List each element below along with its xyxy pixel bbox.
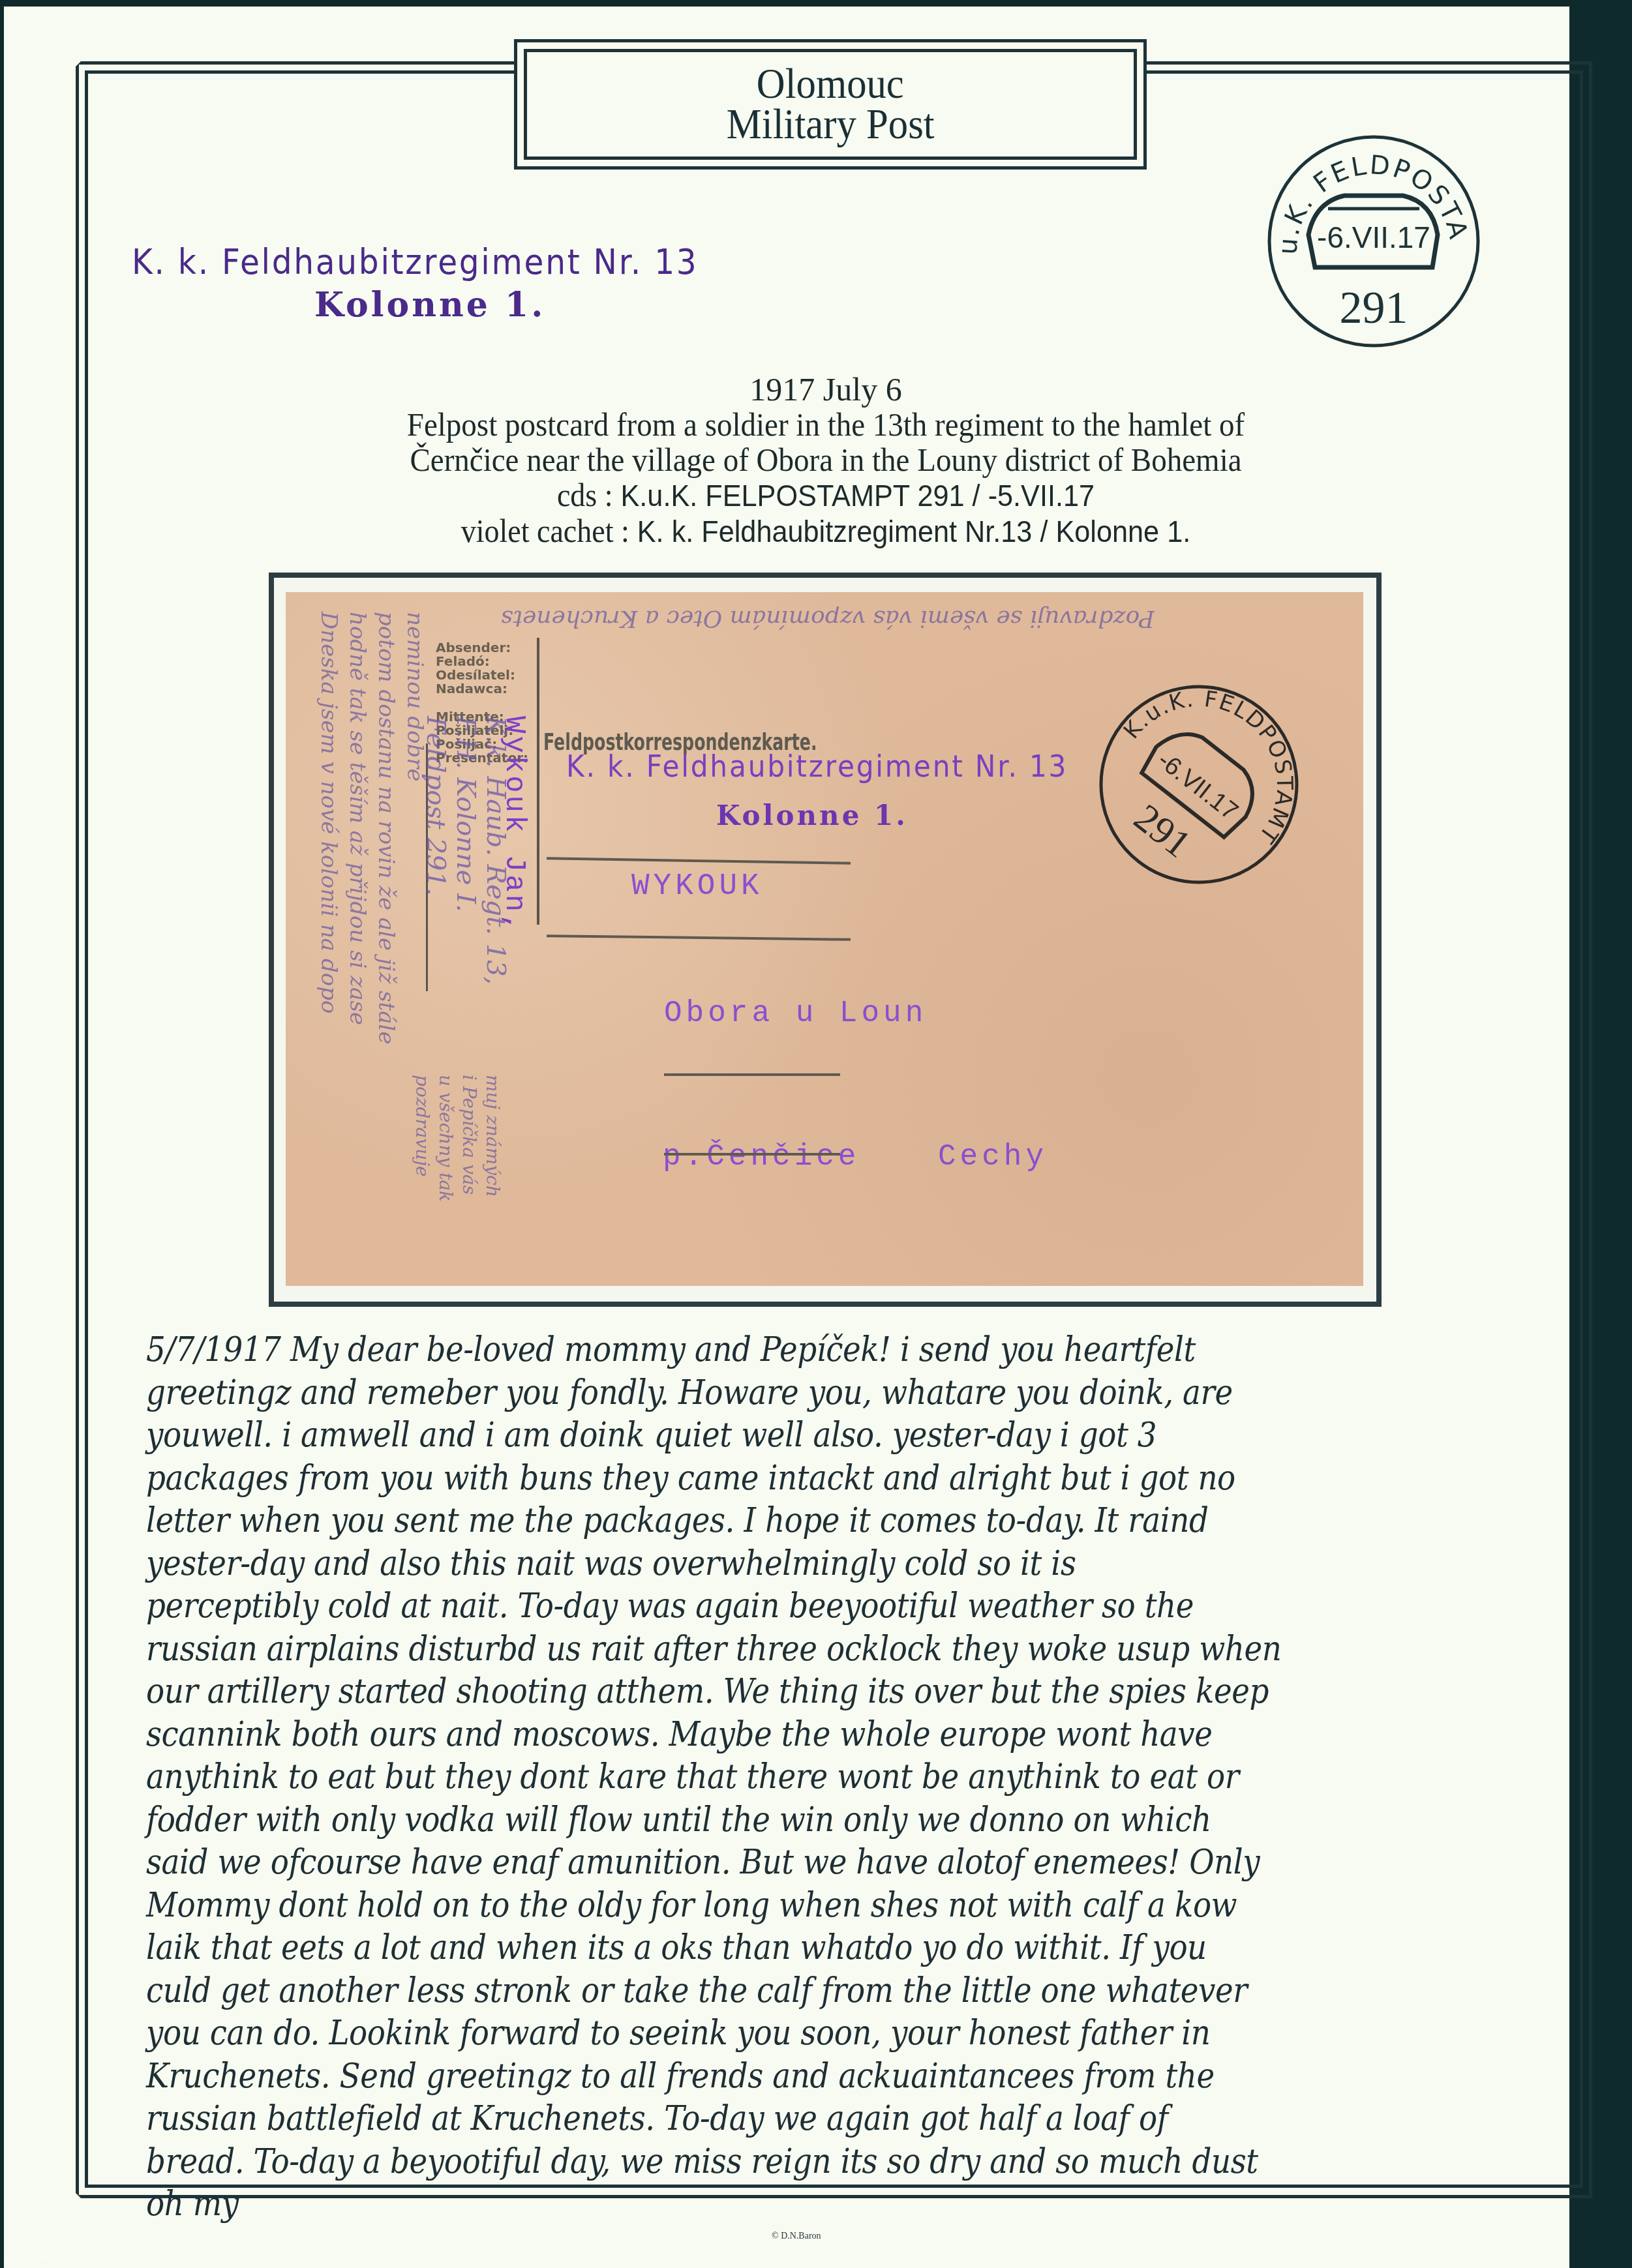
postcard-mount: Pozdravuji se všemi vás vzpomínám Otec a… [269, 573, 1382, 1307]
sender-label: Nadawca: [436, 682, 528, 696]
transcription-line: oh my [146, 2183, 1373, 2226]
bottom-hand-line: i Pepíčka vás [457, 1075, 481, 1202]
transcription-line: said we ofcourse have enaf amunition. Bu… [146, 1842, 1373, 1885]
item-caption: 1917 July 6 Felpost postcard from a sold… [278, 372, 1374, 549]
transcription-line: fodder with only vodka will flow until t… [146, 1799, 1373, 1842]
transcription-line: laik that eets a lot and when its a oks … [146, 1927, 1373, 1970]
caption-date: 1917 July 6 [278, 372, 1374, 407]
title-box-inner: Olomouc Military Post [524, 49, 1137, 160]
top-handwriting: Pozdravuji se všemi vás vzpomínám Otec a… [501, 605, 1155, 632]
sender-hand-line: K.k. Haub. Regt. 13, [481, 716, 511, 985]
caption-description-line: Felpost postcard from a soldier in the 1… [310, 407, 1340, 442]
transcription-line: 5/7/1917 My dear be-loved mommy and Pepí… [146, 1329, 1373, 1372]
sender-hand-line: Feldpost 291. [421, 716, 451, 985]
address-rule [664, 1073, 840, 1076]
transcription-line: perceptibly cold at nait. To-day was aga… [146, 1585, 1373, 1628]
caption-description-line: Černčice near the village of Obora in th… [310, 442, 1340, 477]
transcription-line: russian battlefield at Kruchenets. To-da… [146, 2098, 1373, 2141]
address-country: Cechy [938, 1140, 1048, 1174]
caption-cachet-value: K. k. Feldhaubitzregiment Nr.13 / Kolonn… [637, 514, 1190, 548]
caption-cachet-label: violet cachet : [461, 513, 629, 549]
transcription-line: Mommy dont hold on to the oldy for long … [146, 1885, 1373, 1928]
transcription-line: culd get another less stronk or take the… [146, 1970, 1373, 2013]
transcription-line: scannink both ours and moscows. Maybe th… [146, 1714, 1373, 1757]
margin-hand-line: hodně tak se těším až přijdou si zase [343, 612, 372, 1264]
transcription-line: russian airplains disturbd us rait after… [146, 1628, 1373, 1671]
title-box: Olomouc Military Post [514, 39, 1147, 170]
card-postmark-number: 291 [1126, 796, 1200, 865]
transcription-line: you can do. Lookink forward to seeink yo… [146, 2012, 1373, 2055]
cachet-regiment-line: K. k. Feldhaubitzregiment Nr. 13 [132, 241, 778, 282]
transcription-line: anythink to eat but they dont kare that … [146, 1756, 1373, 1799]
bottom-hand-line: pozdravuje [410, 1075, 434, 1202]
regiment-cachet: K. k. Feldhaubitzregiment Nr. 13 Kolonne… [132, 241, 849, 325]
address-rule [547, 934, 851, 941]
transcription-line: our artillery started shooting atthem. W… [146, 1671, 1373, 1714]
bottom-hand-line: u všechny tak [434, 1075, 457, 1202]
address-post-office: p.Čenčice [663, 1140, 860, 1174]
caption-cds-label: cds : [557, 477, 613, 513]
transcription-line: greetingz and remeber you fondly. Howare… [146, 1372, 1373, 1415]
transcription-line: Kruchenets. Send greetingz to all frends… [146, 2055, 1373, 2098]
postcard: Pozdravuji se všemi vás vzpomínám Otec a… [286, 592, 1363, 1286]
caption-cachet: violet cachet : K. k. Feldhaubitzregimen… [322, 513, 1330, 549]
sender-hand-line: F.H. Kolonne I. [451, 716, 481, 985]
bottom-hand-line: muj známých [481, 1075, 504, 1202]
card-cachet-regiment: K. k. Feldhaubitzregiment Nr. 13 [566, 749, 1068, 784]
card-cachet-kolonne: Kolonne 1. [716, 799, 908, 831]
big-stamp-date: -6.VII.17 [1317, 220, 1430, 254]
transcription-line: packages from you with buns they came in… [146, 1457, 1373, 1500]
letter-transcription: 5/7/1917 My dear be-loved mommy and Pepí… [146, 1329, 1509, 2226]
divider-rule [537, 638, 539, 925]
sender-handwritten: K.k. Haub. Regt. 13, F.H. Kolonne I. Fel… [421, 716, 511, 985]
address-rule [547, 857, 851, 864]
address-rule [664, 1153, 840, 1156]
bottom-handwriting: muj známých i Pepíčka vás u všechny tak … [410, 1075, 504, 1202]
transcription-line: youwell. i amwell and i am doink quiet w… [146, 1414, 1373, 1457]
page-title: Olomouc [757, 64, 904, 104]
feldpostamt-postmark-icon: K.u.K. FELDPOSTAMT -6.VII.17 291 [1263, 130, 1485, 352]
big-stamp-number: 291 [1340, 283, 1408, 333]
sender-label: Absender: [436, 641, 528, 655]
card-postmark-icon: K.u.K. FELDPOSTAMT -6.VII.17 291 [1091, 677, 1307, 892]
sender-label: Feladó: [436, 655, 528, 668]
sender-label: Odesílatel: [436, 668, 528, 682]
transcription-line: letter when you sent me the packages. I … [146, 1500, 1373, 1543]
watermark: Derek Baron [5, 2253, 57, 2263]
address-name: WYKOUK [631, 869, 763, 903]
margin-hand-line: Dneska jsem v nové kolonii na dopo [314, 612, 343, 1264]
album-page: Olomouc Military Post K.u.K. FELDPOSTAMT… [4, 7, 1569, 2268]
transcription-line: yester-day and also this nait was overwh… [146, 1543, 1373, 1586]
copyright: © D.N.Baron [772, 2231, 821, 2242]
caption-cds: cds : K.u.K. FELPOSTAMPT 291 / -5.VII.17 [322, 477, 1330, 513]
cachet-kolonne-line: Kolonne 1. [314, 285, 849, 325]
transcription-line: bread. To-day a beyootiful day, we miss … [146, 2141, 1373, 2184]
address-village: Obora u Loun [664, 996, 927, 1030]
caption-cds-value: K.u.K. FELPOSTAMPT 291 / -5.VII.17 [621, 478, 1095, 513]
margin-hand-line: potom dostanu na rovin že ale již stále [372, 612, 400, 1264]
page-subtitle: Military Post [727, 104, 935, 145]
